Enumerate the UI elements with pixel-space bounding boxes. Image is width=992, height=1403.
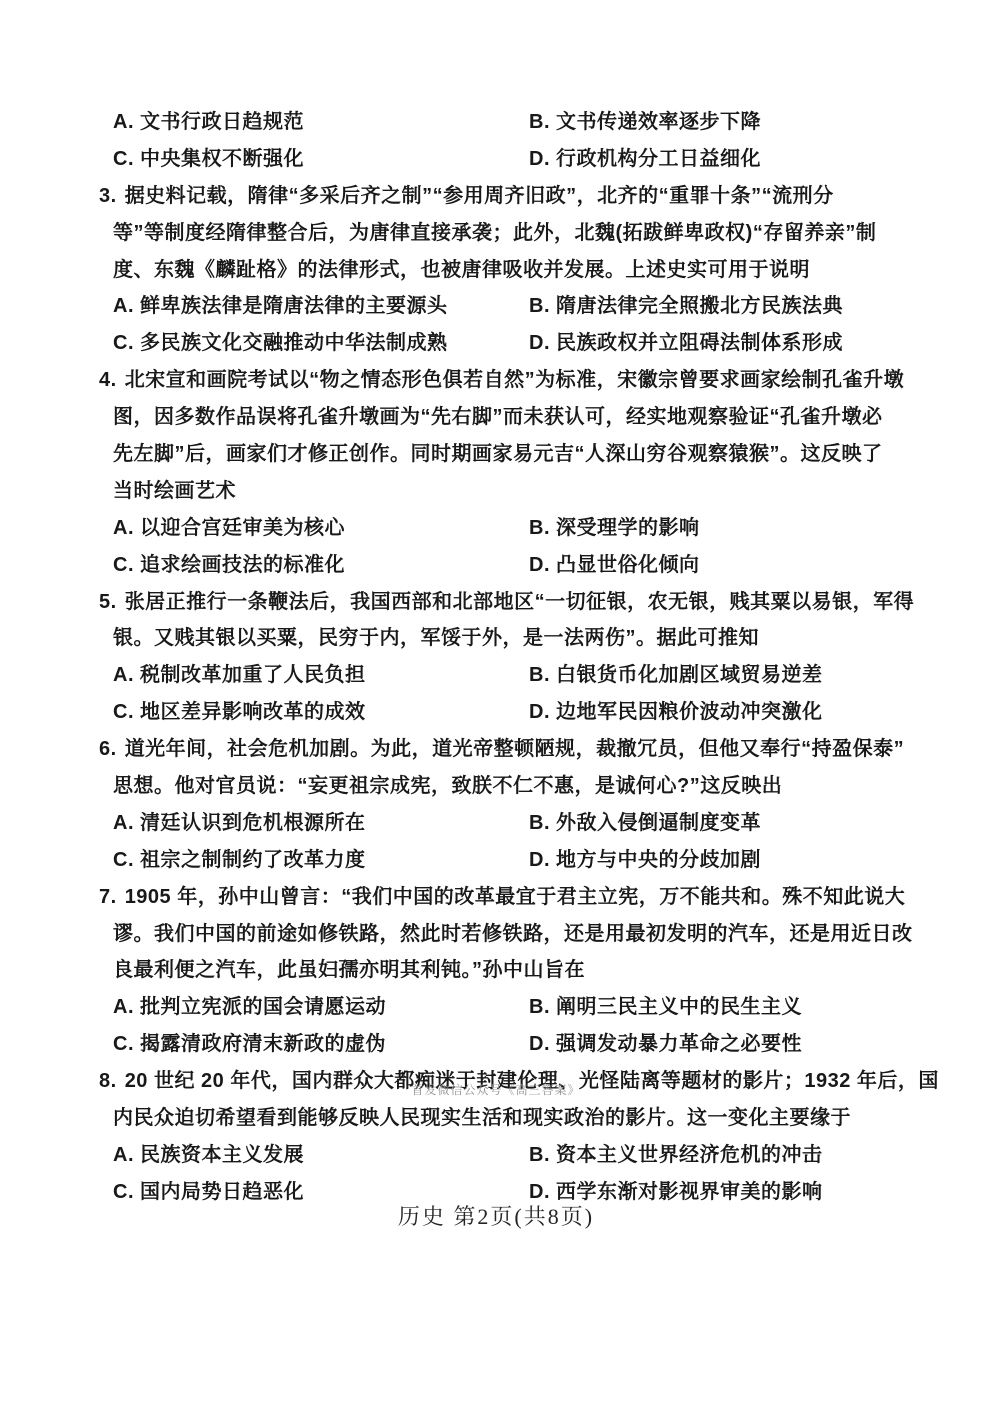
question-6-option-b: B. 外敌入侵倒逼制度变革 bbox=[529, 805, 992, 842]
question-5-option-a: A. 税制改革加重了人民负担 bbox=[113, 657, 529, 694]
question-8-option-a: A. 民族资本主义发展 bbox=[113, 1137, 529, 1174]
question-3-stem-line-2: 等”等制度经隋律整合后，为唐律直接承袭；此外，北魏(拓跋鲜卑政权)“存留养亲”制 bbox=[0, 215, 992, 252]
question-3-stem-text-1: 据史料记载，隋律“多采后齐之制”“参用周齐旧政”，北齐的“重罪十条”“流刑分 bbox=[125, 185, 834, 207]
question-3-number: 3. bbox=[99, 185, 117, 207]
question-7-option-c: C. 揭露清政府清末新政的虚伪 bbox=[113, 1026, 529, 1063]
question-6-option-d: D. 地方与中央的分歧加剧 bbox=[529, 842, 992, 879]
question-4-stem-line-3: 先左脚”后，画家们才修正创作。同时期画家易元吉“人深山穷谷观察猿猴”。这反映了 bbox=[0, 436, 992, 473]
question-5-option-row-ab: A. 税制改革加重了人民负担 B. 白银货币化加剧区域贸易逆差 bbox=[0, 657, 992, 694]
question-7-option-d: D. 强调发动暴力革命之必要性 bbox=[529, 1026, 992, 1063]
question-6-option-row-cd: C. 祖宗之制制约了改革力度 D. 地方与中央的分歧加剧 bbox=[0, 842, 992, 879]
question-4-stem-line-4: 当时绘画艺术 bbox=[0, 473, 992, 510]
question-6-option-c: C. 祖宗之制制约了改革力度 bbox=[113, 842, 529, 879]
question-7-stem-text-1: 1905 年，孙中山曾言：“我们中国的改革最宜于君主立宪，万不能共和。殊不知此说… bbox=[125, 886, 906, 908]
question-6-number: 6. bbox=[99, 738, 117, 760]
page-footer: 历史 第2页(共8页) bbox=[0, 1200, 992, 1234]
question-7-option-row-cd: C. 揭露清政府清末新政的虚伪 D. 强调发动暴力革命之必要性 bbox=[0, 1026, 992, 1063]
wechat-watermark: 首发微信公众号《高三答案》 bbox=[0, 1083, 992, 1097]
question-7-stem-line-3: 良最利便之汽车，此虽妇孺亦明其利钝。”孙中山旨在 bbox=[0, 952, 992, 989]
questions-area: A. 文书行政日趋规范 B. 文书传递效率逐步下降 C. 中央集权不断强化 D.… bbox=[0, 104, 992, 1211]
question-4-option-b: B. 深受理学的影响 bbox=[529, 510, 992, 547]
question-7-stem-line-1: 7.1905 年，孙中山曾言：“我们中国的改革最宜于君主立宪，万不能共和。殊不知… bbox=[0, 879, 992, 916]
question-6-stem-text-1: 道光年间，社会危机加剧。为此，道光帝整顿陋规，裁撤冗员，但他又奉行“持盈保泰” bbox=[125, 738, 905, 760]
question-5-stem-line-1: 5.张居正推行一条鞭法后，我国西部和北部地区“一切征银，农无银，贱其粟以易银，军… bbox=[0, 584, 992, 621]
question-4-option-c: C. 追求绘画技法的标准化 bbox=[113, 547, 529, 584]
question-6-stem-line-2: 思想。他对官员说：“妄更祖宗成宪，致朕不仁不惠，是诚何心?”这反映出 bbox=[0, 768, 992, 805]
question-5-number: 5. bbox=[99, 591, 117, 613]
question-4-stem-line-1: 4.北宋宣和画院考试以“物之情态形色俱若自然”为标准，宋徽宗曾要求画家绘制孔雀升… bbox=[0, 362, 992, 399]
question-4-number: 4. bbox=[99, 369, 117, 391]
question-4-option-d: D. 凸显世俗化倾向 bbox=[529, 547, 992, 584]
question-5-stem-text-1: 张居正推行一条鞭法后，我国西部和北部地区“一切征银，农无银，贱其粟以易银，军得 bbox=[125, 591, 915, 613]
question-5-option-b: B. 白银货币化加剧区域贸易逆差 bbox=[529, 657, 992, 694]
question-5-option-row-cd: C. 地区差异影响改革的成效 D. 边地军民因粮价波动冲突激化 bbox=[0, 694, 992, 731]
question-3-option-b: B. 隋唐法律完全照搬北方民族法典 bbox=[529, 288, 992, 325]
question-5-option-d: D. 边地军民因粮价波动冲突激化 bbox=[529, 694, 992, 731]
question-6-stem-line-1: 6.道光年间，社会危机加剧。为此，道光帝整顿陋规，裁撤冗员，但他又奉行“持盈保泰… bbox=[0, 731, 992, 768]
question-2-option-a: A. 文书行政日趋规范 bbox=[113, 104, 529, 141]
question-4-stem-text-1: 北宋宣和画院考试以“物之情态形色俱若自然”为标准，宋徽宗曾要求画家绘制孔雀升墩 bbox=[125, 369, 905, 391]
question-3-stem-line-3: 度、东魏《麟趾格》的法律形式，也被唐律吸收并发展。上述史实可用于说明 bbox=[0, 252, 992, 289]
question-7-option-b: B. 阐明三民主义中的民生主义 bbox=[529, 989, 992, 1026]
question-2-option-row-cd: C. 中央集权不断强化 D. 行政机构分工日益细化 bbox=[0, 141, 992, 178]
question-7-stem-line-2: 谬。我们中国的前途如修铁路，然此时若修铁路，还是用最初发明的汽车，还是用近日改 bbox=[0, 916, 992, 953]
question-3-option-row-cd: C. 多民族文化交融推动中华法制成熟 D. 民族政权并立阻碍法制体系形成 bbox=[0, 325, 992, 362]
question-7-option-row-ab: A. 批判立宪派的国会请愿运动 B. 阐明三民主义中的民生主义 bbox=[0, 989, 992, 1026]
question-7-number: 7. bbox=[99, 886, 117, 908]
question-2-option-d: D. 行政机构分工日益细化 bbox=[529, 141, 992, 178]
question-4-option-a: A. 以迎合宫廷审美为核心 bbox=[113, 510, 529, 547]
question-5-stem-line-2: 银。又贱其银以买粟，民穷于内，军馁于外，是一法两伤”。据此可推知 bbox=[0, 620, 992, 657]
question-2-option-row-ab: A. 文书行政日趋规范 B. 文书传递效率逐步下降 bbox=[0, 104, 992, 141]
question-5-option-c: C. 地区差异影响改革的成效 bbox=[113, 694, 529, 731]
question-8-stem-line-2: 内民众迫切希望看到能够反映人民现实生活和现实政治的影片。这一变化主要缘于 bbox=[0, 1100, 992, 1137]
question-3-option-c: C. 多民族文化交融推动中华法制成熟 bbox=[113, 325, 529, 362]
question-2-option-b: B. 文书传递效率逐步下降 bbox=[529, 104, 992, 141]
question-4-stem-line-2: 图，因多数作品误将孔雀升墩画为“先右脚”而未获认可，经实地观察验证“孔雀升墩必 bbox=[0, 399, 992, 436]
question-4-option-row-ab: A. 以迎合宫廷审美为核心 B. 深受理学的影响 bbox=[0, 510, 992, 547]
question-3-stem-line-1: 3.据史料记载，隋律“多采后齐之制”“参用周齐旧政”，北齐的“重罪十条”“流刑分 bbox=[0, 178, 992, 215]
question-3-option-row-ab: A. 鲜卑族法律是隋唐法律的主要源头 B. 隋唐法律完全照搬北方民族法典 bbox=[0, 288, 992, 325]
question-8-option-row-ab: A. 民族资本主义发展 B. 资本主义世界经济危机的冲击 bbox=[0, 1137, 992, 1174]
question-6-option-a: A. 清廷认识到危机根源所在 bbox=[113, 805, 529, 842]
question-6-option-row-ab: A. 清廷认识到危机根源所在 B. 外敌入侵倒逼制度变革 bbox=[0, 805, 992, 842]
question-2-option-c: C. 中央集权不断强化 bbox=[113, 141, 529, 178]
question-4-option-row-cd: C. 追求绘画技法的标准化 D. 凸显世俗化倾向 bbox=[0, 547, 992, 584]
exam-page: A. 文书行政日趋规范 B. 文书传递效率逐步下降 C. 中央集权不断强化 D.… bbox=[0, 0, 992, 1403]
question-3-option-a: A. 鲜卑族法律是隋唐法律的主要源头 bbox=[113, 288, 529, 325]
question-7-option-a: A. 批判立宪派的国会请愿运动 bbox=[113, 989, 529, 1026]
question-8-option-b: B. 资本主义世界经济危机的冲击 bbox=[529, 1137, 992, 1174]
question-3-option-d: D. 民族政权并立阻碍法制体系形成 bbox=[529, 325, 992, 362]
